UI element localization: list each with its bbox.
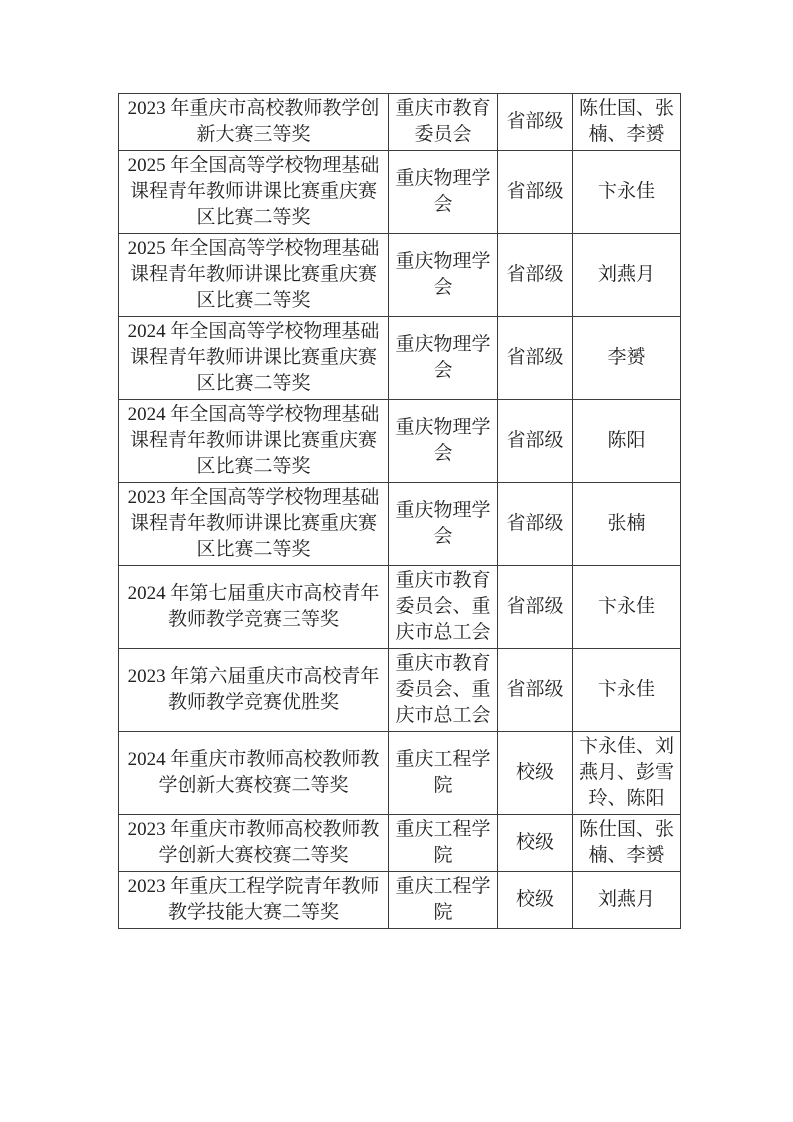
awarding-organization-cell: 重庆工程学院 <box>389 732 498 815</box>
recipient-names-cell: 卞永佳 <box>573 151 681 234</box>
award-name-cell: 2024 年重庆市教师高校教师教学创新大赛校赛二等奖 <box>119 732 389 815</box>
table-row: 2025 年全国高等学校物理基础课程青年教师讲课比赛重庆赛区比赛二等奖 重庆物理… <box>119 151 681 234</box>
award-name-cell: 2025 年全国高等学校物理基础课程青年教师讲课比赛重庆赛区比赛二等奖 <box>119 234 389 317</box>
award-name-cell: 2023 年重庆市教师高校教师教学创新大赛校赛二等奖 <box>119 815 389 872</box>
award-level-cell: 校级 <box>498 872 573 929</box>
table-row: 2023 年重庆工程学院青年教师教学技能大赛二等奖 重庆工程学院 校级 刘燕月 <box>119 872 681 929</box>
awarding-organization-cell: 重庆物理学会 <box>389 234 498 317</box>
recipient-names-cell: 陈仕国、张楠、李赟 <box>573 815 681 872</box>
award-name-cell: 2024 年全国高等学校物理基础课程青年教师讲课比赛重庆赛区比赛二等奖 <box>119 317 389 400</box>
award-name-cell: 2023 年第六届重庆市高校青年教师教学竞赛优胜奖 <box>119 649 389 732</box>
recipient-names-cell: 李赟 <box>573 317 681 400</box>
awarding-organization-cell: 重庆物理学会 <box>389 317 498 400</box>
recipient-names-cell: 陈阳 <box>573 400 681 483</box>
awarding-organization-cell: 重庆物理学会 <box>389 483 498 566</box>
award-level-cell: 校级 <box>498 815 573 872</box>
awarding-organization-cell: 重庆工程学院 <box>389 815 498 872</box>
table-row: 2024 年全国高等学校物理基础课程青年教师讲课比赛重庆赛区比赛二等奖 重庆物理… <box>119 400 681 483</box>
recipient-names-cell: 张楠 <box>573 483 681 566</box>
awards-table-body: 2023 年重庆市高校教师教学创新大赛三等奖 重庆市教育委员会 省部级 陈仕国、… <box>119 94 681 929</box>
awarding-organization-cell: 重庆市教育委员会、重庆市总工会 <box>389 566 498 649</box>
document-page: 2023 年重庆市高校教师教学创新大赛三等奖 重庆市教育委员会 省部级 陈仕国、… <box>0 0 793 1122</box>
table-row: 2023 年全国高等学校物理基础课程青年教师讲课比赛重庆赛区比赛二等奖 重庆物理… <box>119 483 681 566</box>
awarding-organization-cell: 重庆工程学院 <box>389 872 498 929</box>
award-level-cell: 校级 <box>498 732 573 815</box>
recipient-names-cell: 卞永佳 <box>573 649 681 732</box>
awarding-organization-cell: 重庆市教育委员会、重庆市总工会 <box>389 649 498 732</box>
award-name-cell: 2024 年全国高等学校物理基础课程青年教师讲课比赛重庆赛区比赛二等奖 <box>119 400 389 483</box>
award-level-cell: 省部级 <box>498 234 573 317</box>
award-name-cell: 2025 年全国高等学校物理基础课程青年教师讲课比赛重庆赛区比赛二等奖 <box>119 151 389 234</box>
table-row: 2025 年全国高等学校物理基础课程青年教师讲课比赛重庆赛区比赛二等奖 重庆物理… <box>119 234 681 317</box>
recipient-names-cell: 刘燕月 <box>573 234 681 317</box>
award-name-cell: 2023 年全国高等学校物理基础课程青年教师讲课比赛重庆赛区比赛二等奖 <box>119 483 389 566</box>
award-name-cell: 2023 年重庆工程学院青年教师教学技能大赛二等奖 <box>119 872 389 929</box>
awarding-organization-cell: 重庆物理学会 <box>389 151 498 234</box>
award-level-cell: 省部级 <box>498 151 573 234</box>
table-row: 2024 年全国高等学校物理基础课程青年教师讲课比赛重庆赛区比赛二等奖 重庆物理… <box>119 317 681 400</box>
award-level-cell: 省部级 <box>498 94 573 151</box>
awarding-organization-cell: 重庆物理学会 <box>389 400 498 483</box>
award-name-cell: 2024 年第七届重庆市高校青年教师教学竞赛三等奖 <box>119 566 389 649</box>
award-level-cell: 省部级 <box>498 483 573 566</box>
recipient-names-cell: 卞永佳、刘燕月、彭雪玲、陈阳 <box>573 732 681 815</box>
awarding-organization-cell: 重庆市教育委员会 <box>389 94 498 151</box>
award-level-cell: 省部级 <box>498 317 573 400</box>
recipient-names-cell: 刘燕月 <box>573 872 681 929</box>
recipient-names-cell: 卞永佳 <box>573 566 681 649</box>
table-row: 2023 年重庆市高校教师教学创新大赛三等奖 重庆市教育委员会 省部级 陈仕国、… <box>119 94 681 151</box>
award-name-cell: 2023 年重庆市高校教师教学创新大赛三等奖 <box>119 94 389 151</box>
table-row: 2024 年第七届重庆市高校青年教师教学竞赛三等奖 重庆市教育委员会、重庆市总工… <box>119 566 681 649</box>
table-row: 2023 年第六届重庆市高校青年教师教学竞赛优胜奖 重庆市教育委员会、重庆市总工… <box>119 649 681 732</box>
table-row: 2023 年重庆市教师高校教师教学创新大赛校赛二等奖 重庆工程学院 校级 陈仕国… <box>119 815 681 872</box>
awards-table: 2023 年重庆市高校教师教学创新大赛三等奖 重庆市教育委员会 省部级 陈仕国、… <box>118 93 681 929</box>
award-level-cell: 省部级 <box>498 400 573 483</box>
award-level-cell: 省部级 <box>498 649 573 732</box>
recipient-names-cell: 陈仕国、张楠、李赟 <box>573 94 681 151</box>
award-level-cell: 省部级 <box>498 566 573 649</box>
table-row: 2024 年重庆市教师高校教师教学创新大赛校赛二等奖 重庆工程学院 校级 卞永佳… <box>119 732 681 815</box>
